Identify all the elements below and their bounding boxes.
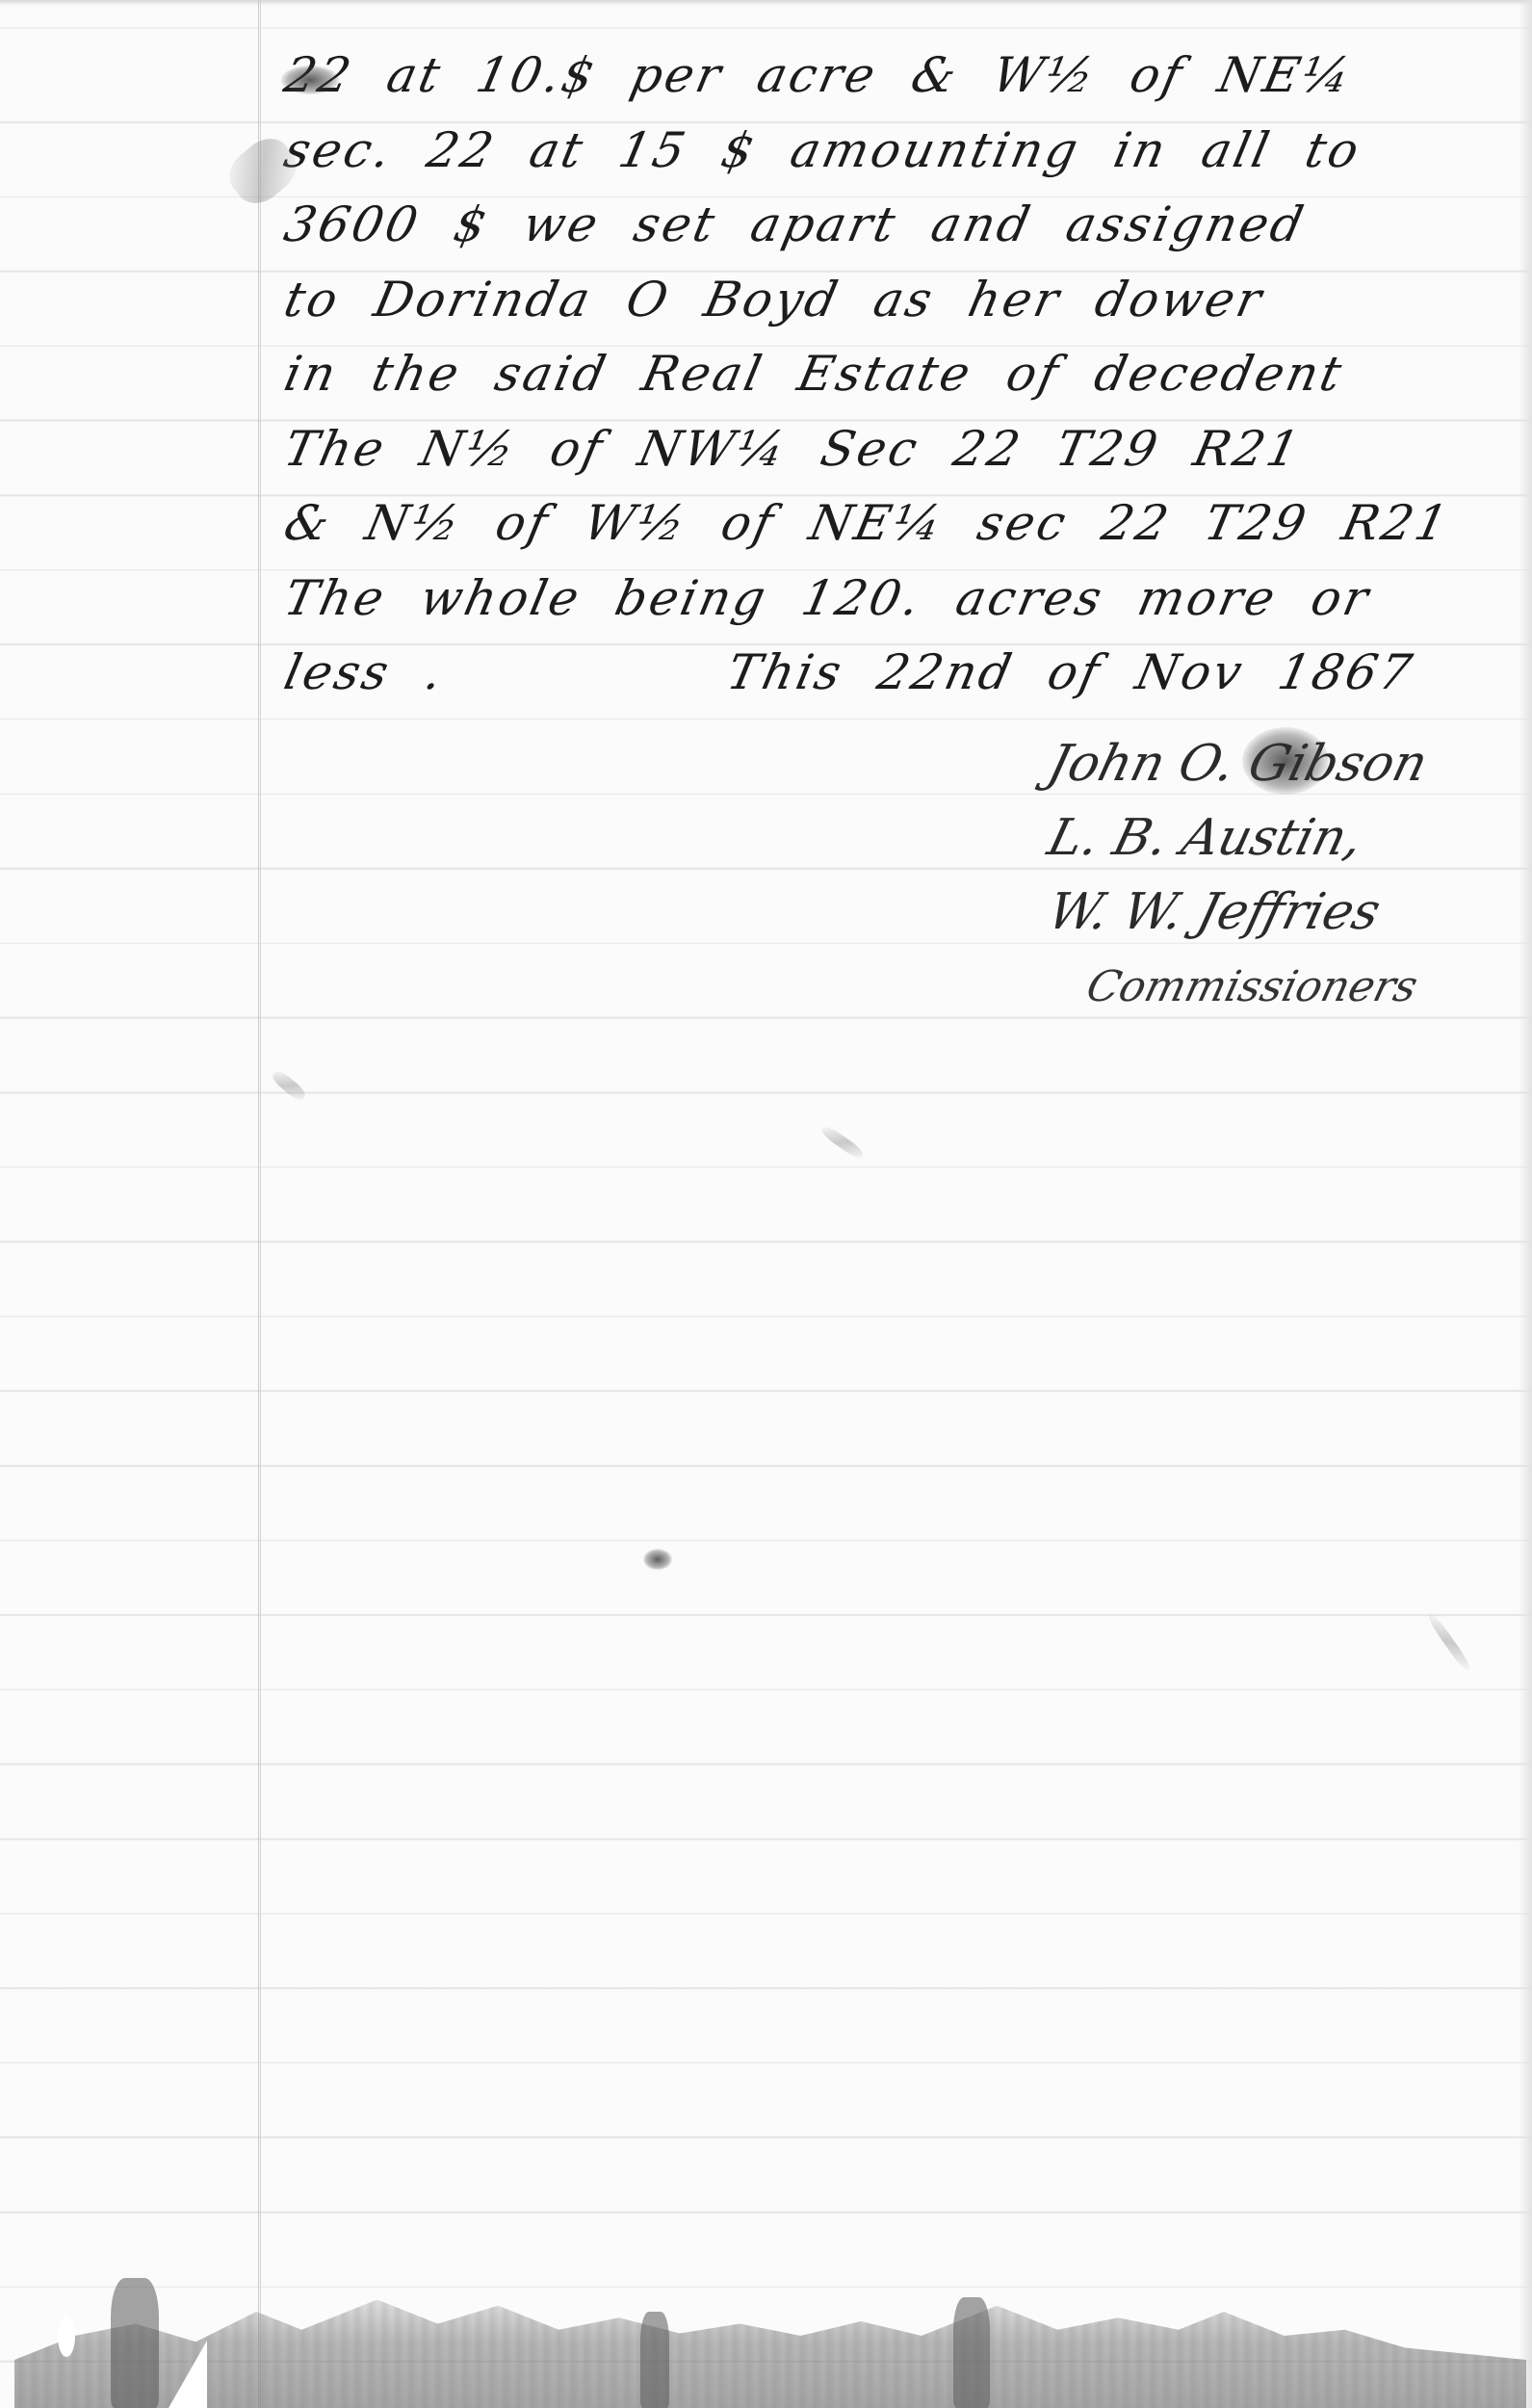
ink-blot-middle [643,1549,672,1570]
body-line: The N½ of NW¼ Sec 22 T29 R21 [277,412,1525,487]
signatory-title: Commissioners [1078,950,1532,1024]
body-line: 22 at 10.$ per acre & W½ of NE¼ [277,39,1525,114]
ink-blot-signature [1242,727,1329,795]
margin-rule-line [258,0,261,2408]
document-page: 22 at 10.$ per acre & W½ of NE¼ sec. 22 … [0,0,1532,2408]
body-line: in the said Real Estate of decedent [277,337,1525,412]
water-stain-dark [640,2312,669,2408]
faint-offset-mark [819,1124,866,1162]
handwritten-body: 22 at 10.$ per acre & W½ of NE¼ sec. 22 … [277,39,1510,711]
ink-blot-top-left [281,65,339,94]
faint-offset-mark [1426,1611,1472,1672]
signature-lb-austin: L. B. Austin, [1040,801,1532,876]
water-stain-dark [111,2278,159,2408]
body-line: 3600 $ we set apart and assigned [277,188,1525,263]
faint-offset-mark [270,1068,308,1103]
body-line: to Dorinda O Boyd as her dower [277,263,1525,338]
body-line-date: less . This 22nd of Nov 1867 [277,636,1525,711]
body-line: sec. 22 at 15 $ amounting in all to [277,114,1525,189]
paper-top-edge [0,0,1532,6]
signature-ww-jeffries: W. W. Jeffries [1040,876,1532,950]
body-line: & N½ of W½ of NE¼ sec 22 T29 R21 [277,486,1525,562]
paper-tear [58,2316,75,2357]
water-stain-band [14,2288,1526,2408]
water-stain-dark [953,2297,990,2408]
body-line: The whole being 120. acres more or [277,562,1525,637]
